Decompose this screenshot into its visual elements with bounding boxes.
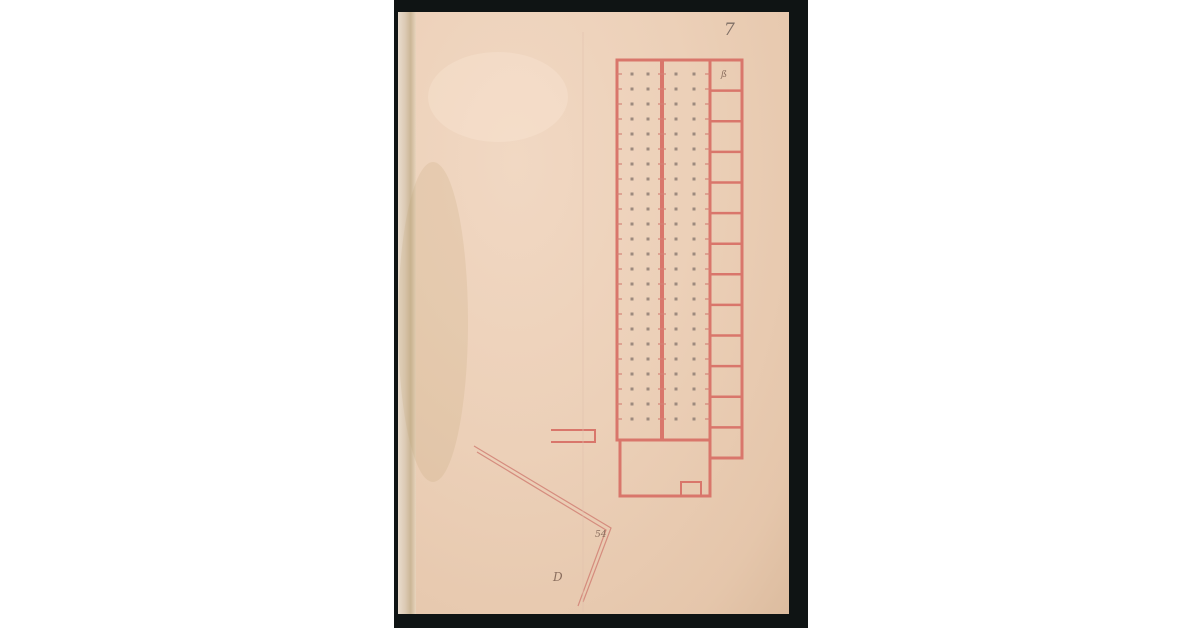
manuscript-page: 7 ß 54 D: [398, 12, 789, 614]
side-wing-outline: [710, 60, 742, 458]
entrance-vestibule: [620, 440, 710, 496]
room-label: ß: [721, 70, 727, 80]
architectural-floor-plan: [398, 12, 789, 614]
angle-label: 54: [595, 530, 606, 540]
letter-label: D: [553, 570, 563, 584]
